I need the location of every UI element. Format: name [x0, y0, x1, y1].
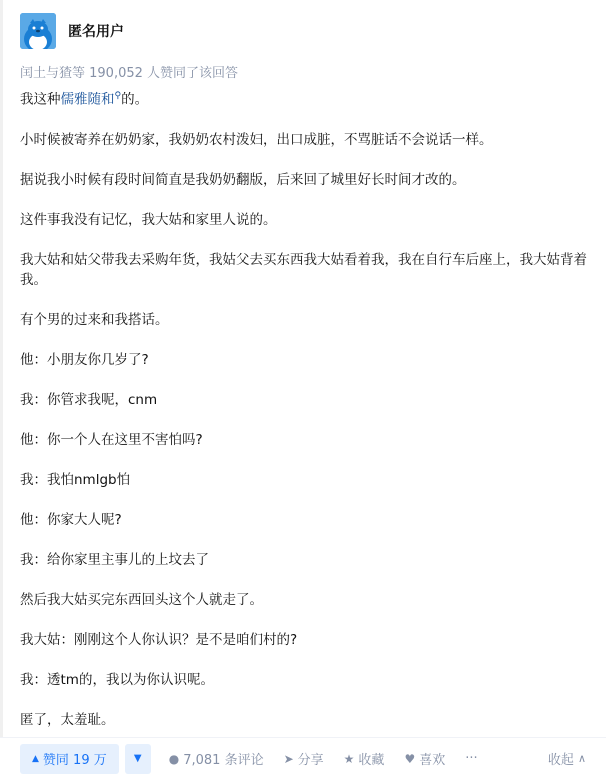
upvote-button[interactable]: ▲ 赞同 19 万: [20, 744, 119, 774]
text: 的。: [121, 92, 148, 108]
share-icon: ➤: [284, 752, 294, 766]
avatar[interactable]: [20, 13, 56, 49]
like-label: 喜欢: [419, 749, 445, 768]
collapse-label: 收起: [548, 749, 574, 768]
left-edge-border: [0, 0, 3, 779]
more-icon: ···: [465, 751, 477, 766]
downvote-button[interactable]: ▼: [125, 744, 151, 774]
paragraph: 我：你管求我呢，cnm: [20, 390, 590, 410]
paragraph: 他：你一个人在这里不害怕吗?: [20, 430, 590, 450]
collapse-button[interactable]: 收起 ∧: [548, 749, 586, 768]
comment-icon: ●: [169, 752, 179, 766]
paragraph: 他：小朋友你几岁了?: [20, 350, 590, 370]
share-label: 分享: [298, 749, 324, 768]
anonymous-bird-avatar-icon: [20, 13, 56, 49]
author-name[interactable]: 匿名用户: [68, 21, 124, 41]
chevron-up-icon: ∧: [578, 752, 586, 765]
paragraph: 小时候被寄养在奶奶家，我奶奶农村泼妇，出口成脏，不骂脏话不会说话一样。: [20, 130, 590, 150]
paragraph: 我：我怕nmlgb怕: [20, 470, 590, 490]
answer-action-bar: ▲ 赞同 19 万 ▼ ● 7,081 条评论 ➤ 分享 ★ 收藏 ♥ 喜欢 ·…: [0, 737, 606, 779]
star-icon: ★: [344, 752, 355, 766]
paragraph: 我大姑：刚刚这个人你认识？是不是咱们村的?: [20, 630, 590, 650]
author-info: 匿名用户: [20, 12, 124, 50]
more-button[interactable]: ···: [465, 751, 477, 766]
paragraph: 据说我小时候有段时间简直是我奶奶翻版，后来回了城里好长时间才改的。: [20, 170, 590, 190]
comments-label: 7,081 条评论: [183, 749, 263, 768]
text: 我这种: [20, 92, 61, 108]
upvote-icon: ▲: [32, 754, 39, 764]
paragraph: 他：你家大人呢?: [20, 510, 590, 530]
voters-summary[interactable]: 闰土与猹等 190,052 人赞同了该回答: [20, 62, 238, 81]
collect-button[interactable]: ★ 收藏: [344, 749, 385, 768]
paragraph: 我这种儒雅随和⚲的。: [20, 86, 590, 110]
share-button[interactable]: ➤ 分享: [284, 749, 324, 768]
upvote-label: 赞同 19 万: [43, 749, 107, 768]
paragraph: 匿了，太羞耻。: [20, 710, 590, 730]
paragraph: 我大姑和姑父带我去采购年货，我姑父去买东西我大姑看着我，我在自行车后座上，我大姑…: [20, 250, 590, 290]
answer-content: 我这种儒雅随和⚲的。 小时候被寄养在奶奶家，我奶奶农村泼妇，出口成脏，不骂脏话不…: [20, 86, 590, 730]
heart-icon: ♥: [404, 752, 415, 766]
paragraph: 我：透tm的，我以为你认识呢。: [20, 670, 590, 690]
paragraph: 然后我大姑买完东西回头这个人就走了。: [20, 590, 590, 610]
downvote-icon: ▼: [134, 753, 142, 764]
like-button[interactable]: ♥ 喜欢: [404, 749, 445, 768]
paragraph: 我：给你家里主事儿的上坟去了: [20, 550, 590, 570]
collect-label: 收藏: [358, 749, 384, 768]
paragraph: 有个男的过来和我搭话。: [20, 310, 590, 330]
paragraph: 这件事我没有记忆，我大姑和家里人说的。: [20, 210, 590, 230]
comments-button[interactable]: ● 7,081 条评论: [169, 749, 264, 768]
search-link[interactable]: 儒雅随和: [61, 92, 115, 108]
